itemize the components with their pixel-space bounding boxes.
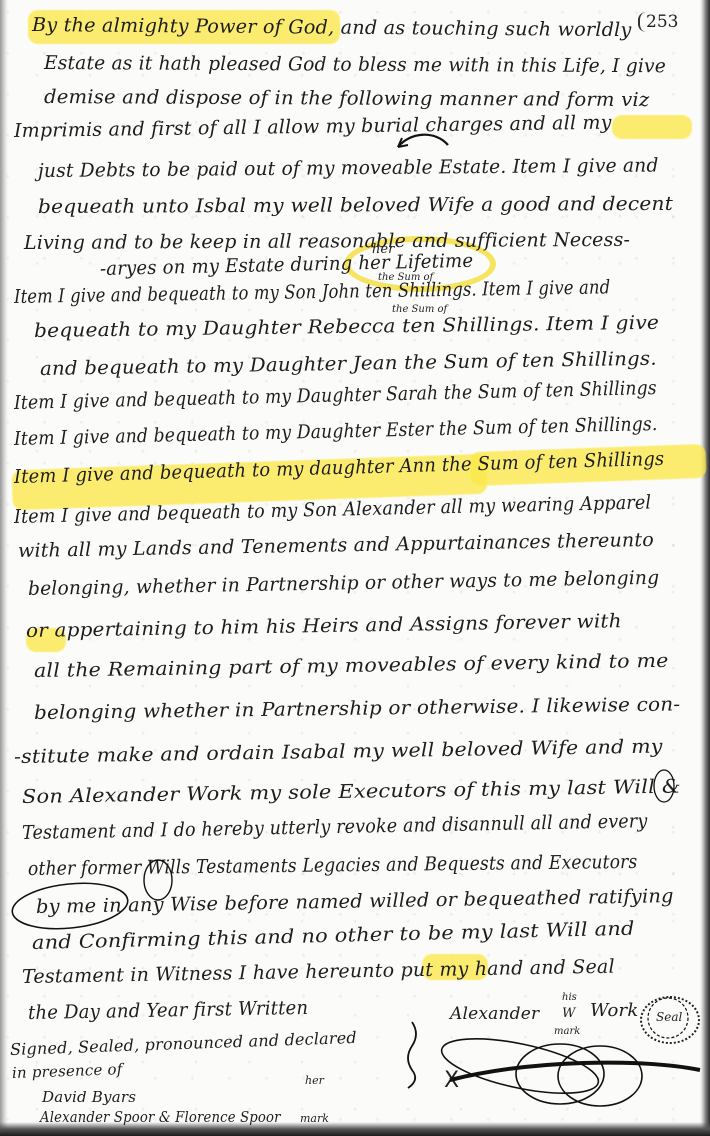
ink-annotations: [0, 0, 710, 1136]
manuscript-page: 253 By the almighty Power of God, and as…: [0, 0, 710, 1136]
